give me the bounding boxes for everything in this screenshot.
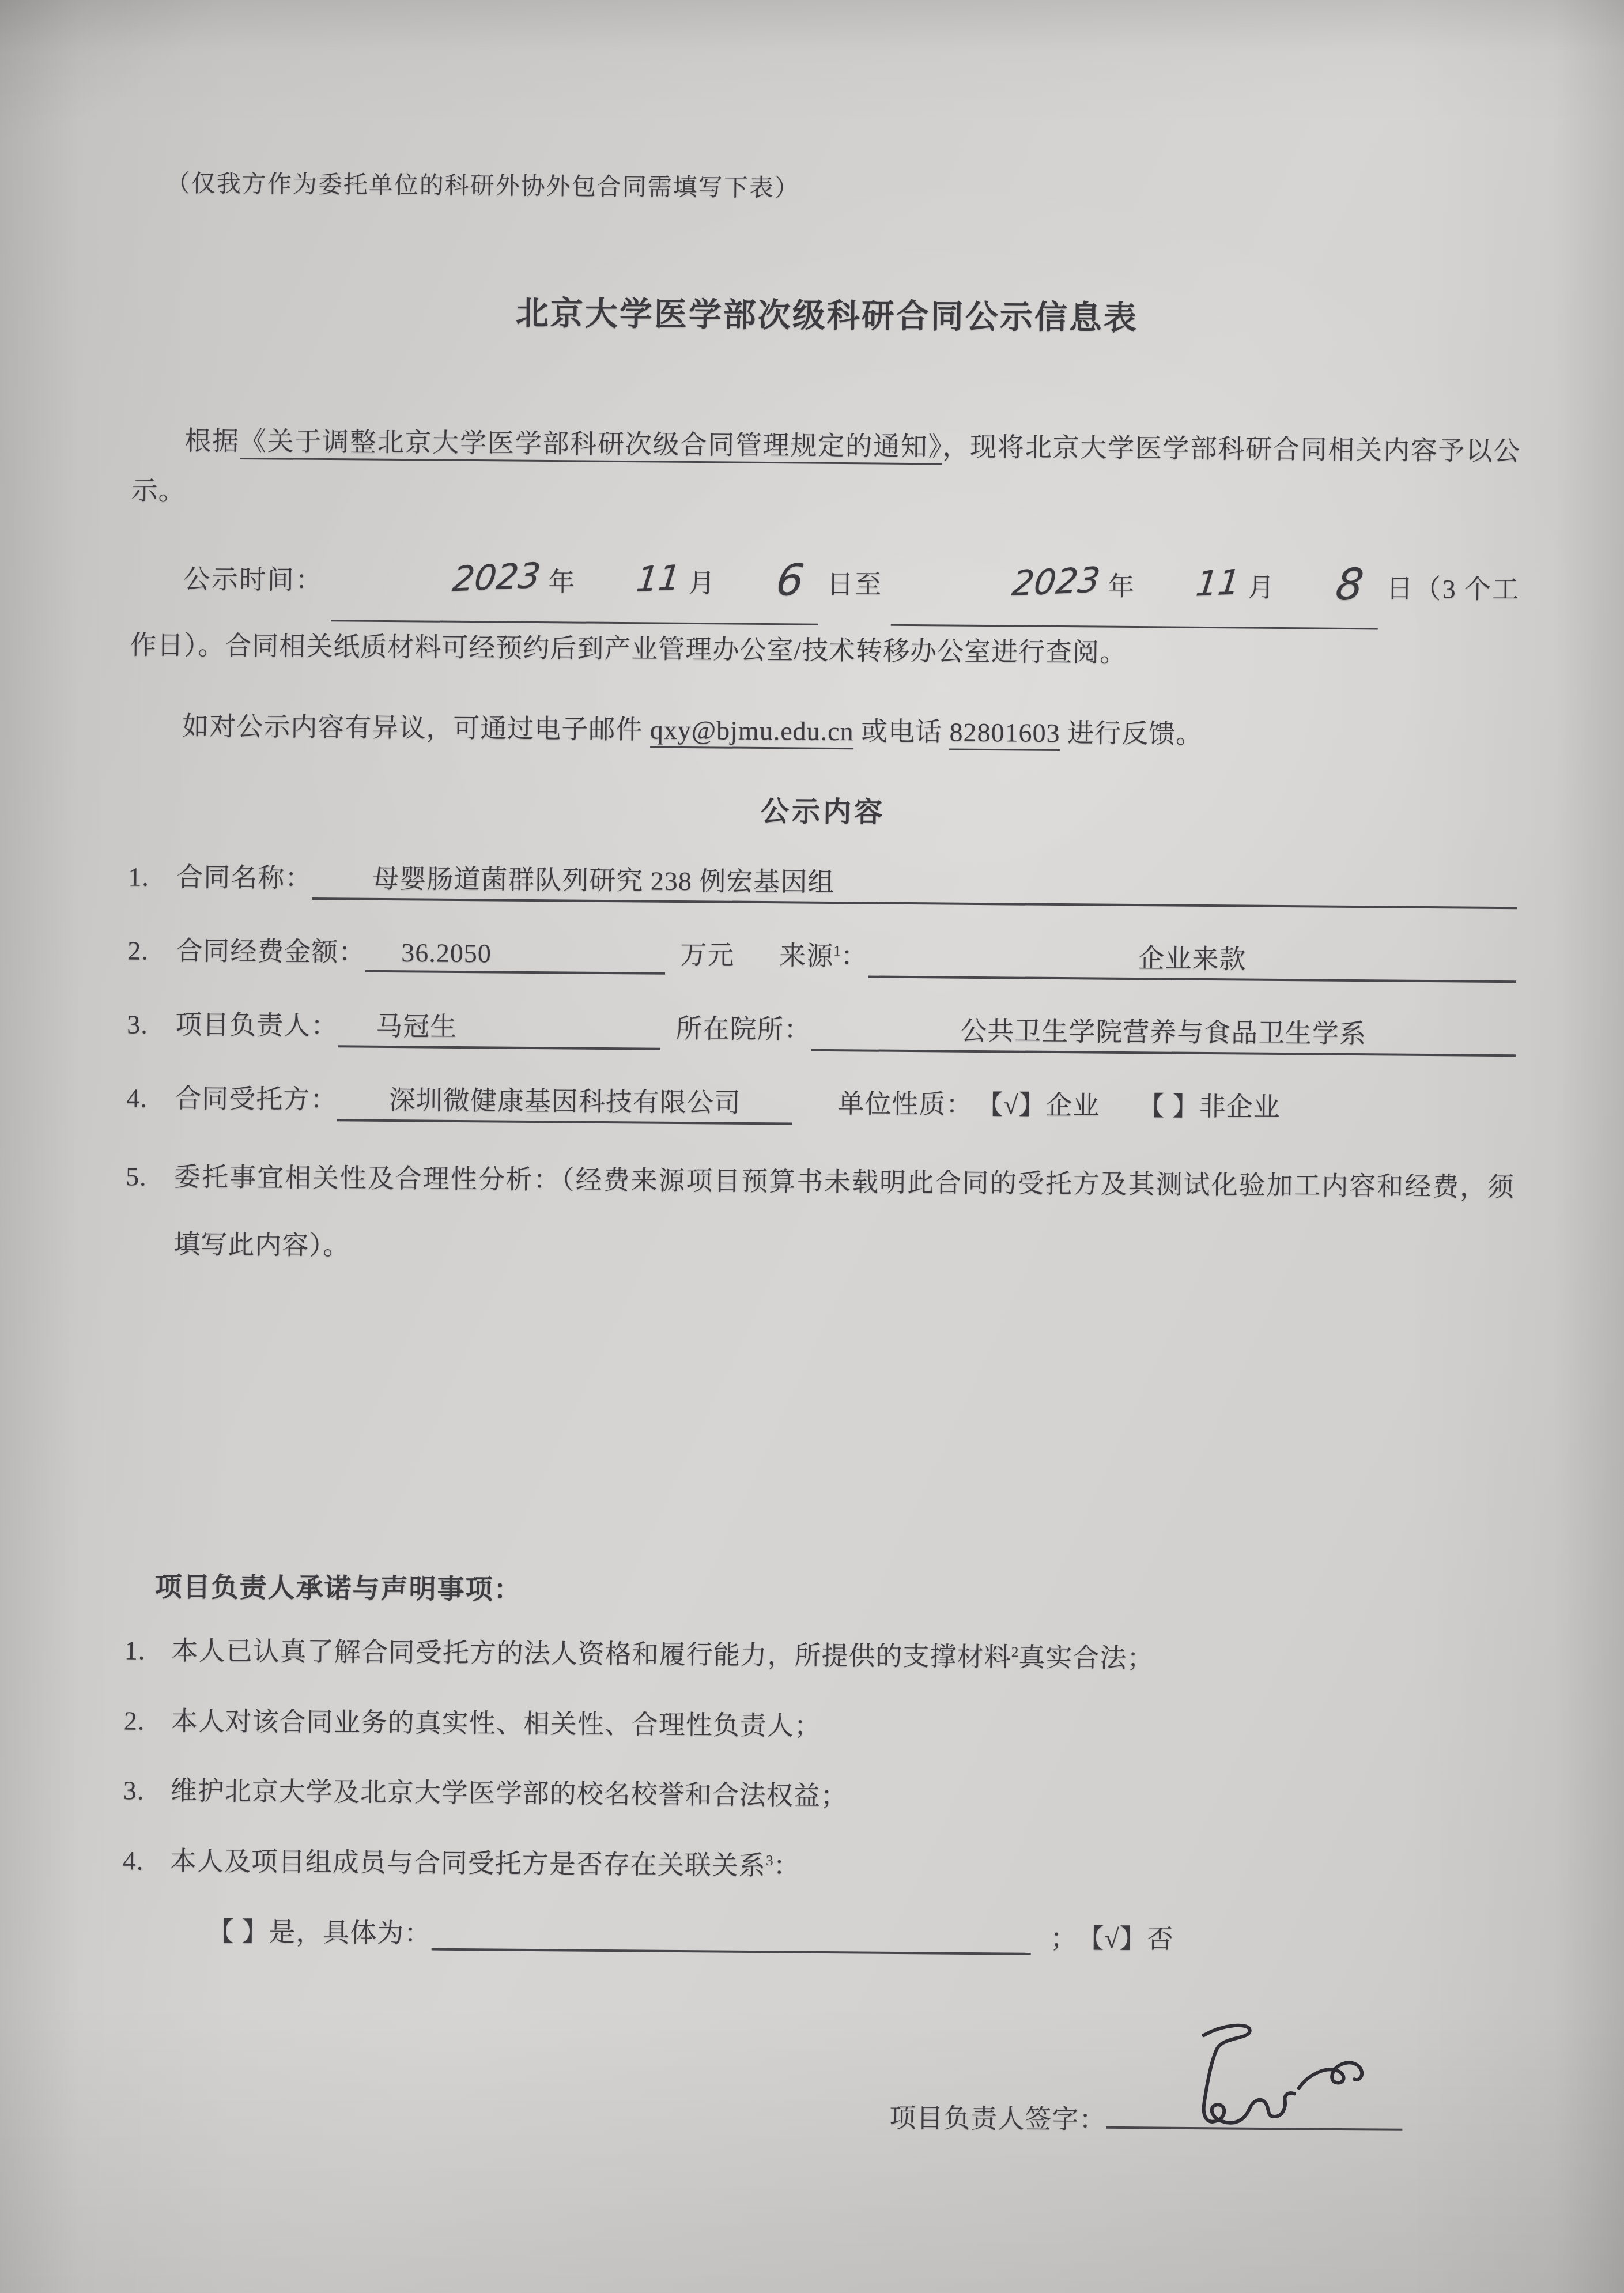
photographed-paper-document: （仅我方作为委托单位的科研外协外包合同需填写下表） 北京大学医学部次级科研合同公…: [0, 0, 1624, 2293]
trustee-row: 4. 合同受托方： 深圳微健康基因科技有限公司 单位性质： 【√】企业 【 】非…: [126, 1077, 1516, 1131]
checkbox-check-mark: 【√】: [976, 1090, 1046, 1120]
signature-field: [1106, 2123, 1402, 2131]
intro-lead: 根据: [184, 426, 240, 456]
declaration-item-4-text: 本人及项目组成员与合同受托方是否存在关联关系3：: [170, 1838, 800, 1890]
period-mid-label: 日至: [827, 570, 883, 599]
declaration-item-1-text: 本人已认真了解合同受托方的法人资格和履行能力，所提供的支撑材料2真实合法；: [171, 1627, 1154, 1682]
top-note: （仅我方作为委托单位的科研外协外包合同需填写下表）: [166, 164, 1523, 209]
month-unit-label: 月: [688, 568, 715, 598]
row-number: 1.: [122, 1627, 172, 1675]
footnote-ref-2: 2: [1011, 1644, 1019, 1660]
trustee-label: 合同受托方：: [175, 1077, 338, 1117]
project-leader-row: 3. 项目负责人： 马冠生 所在院所： 公共卫生学院营养与食品卫生学系: [127, 1004, 1516, 1057]
signature-line: 项目负责人签字：: [118, 2091, 1402, 2139]
declaration-item-2: 2. 本人对该合同业务的真实性、相关性、合理性负责人；: [121, 1697, 1510, 1755]
enterprise-option-label: 企业: [1045, 1091, 1100, 1121]
entity-nature-label: 单位性质：: [837, 1083, 973, 1122]
relation-answer-line: 【 】 是，具体为： ； 【√】 否: [207, 1911, 1509, 1959]
period-end-year-handwritten: 2023: [955, 548, 1104, 620]
footnote-ref-3: 3: [766, 1853, 773, 1869]
declaration-item-1: 1. 本人已认真了解合同受托方的法人资格和履行能力，所提供的支撑材料2真实合法；: [122, 1627, 1511, 1685]
contract-amount-label: 合同经费金额：: [176, 930, 366, 970]
project-leader-field: 马冠生: [338, 1005, 661, 1050]
checkbox-empty: 【 】: [1138, 1091, 1199, 1121]
period-start-month-handwritten: 11: [580, 545, 684, 616]
row-number: 4.: [120, 1838, 171, 1885]
period-start-year-handwritten: 2023: [396, 543, 544, 615]
feedback-mid: 或电话: [853, 716, 949, 746]
checkbox-enterprise-checked: 【√】企业: [976, 1084, 1100, 1123]
feedback-tail: 进行反馈。: [1060, 718, 1203, 749]
footnote-ref-1: 1: [833, 943, 841, 959]
no-option-label: 否: [1146, 1918, 1174, 1956]
contract-amount-field: 36.2050: [365, 937, 665, 975]
declaration-item-4: 4. 本人及项目组成员与合同受托方是否存在关联关系3：: [120, 1838, 1510, 1896]
analysis-text: 委托事宜相关性及合理性分析：（经费来源项目预算书未载明此合同的受托方及其测试化验…: [173, 1143, 1515, 1289]
feedback-email: qxy@bjmu.edu.cn: [650, 715, 854, 749]
feedback-paragraph: 如对公示内容有异议，可通过电子邮件 qxy@bjmu.edu.cn 或电话 82…: [129, 700, 1519, 761]
project-leader-label: 项目负责人：: [175, 1004, 338, 1043]
funding-source-field: 企业来款: [868, 936, 1517, 983]
declaration-heading: 项目负责人承诺与声明事项：: [154, 1566, 1511, 1615]
row-number: 3.: [121, 1767, 171, 1815]
department-label: 所在院所：: [675, 1008, 811, 1047]
analysis-row: 5. 委托事宜相关性及合理性分析：（经费来源项目预算书未载明此合同的受托方及其测…: [125, 1143, 1515, 1289]
public-content-list: 1. 合同名称： 母婴肠道菌群队列研究 238 例宏基因组 2. 合同经费金额：…: [125, 856, 1517, 1289]
row-number: 3.: [127, 1009, 175, 1040]
trustee-field: 深圳微健康基因科技有限公司: [337, 1078, 793, 1125]
yes-option-label: 是，具体为：: [269, 1911, 432, 1951]
period-end-field: 2023年11月8: [890, 542, 1378, 630]
contract-name-row: 1. 合同名称： 母婴肠道菌群队列研究 238 例宏基因组: [128, 856, 1517, 910]
row-number: 1.: [128, 862, 176, 893]
handwritten-signature: [1140, 2013, 1384, 2136]
period-start-field: 2023年11月6: [331, 537, 819, 625]
relation-detail-blank-field: [431, 1913, 1030, 1955]
row-number: 4.: [126, 1083, 175, 1114]
checkbox-non-enterprise-unchecked: 【 】非企业: [1138, 1085, 1281, 1124]
period-start-day-handwritten: 6: [719, 538, 808, 624]
row-number: 5.: [126, 1143, 175, 1211]
checkbox-no-checked: 【√】: [1077, 1918, 1147, 1956]
declaration-item-3: 3. 维护北京大学及北京大学医学部的校名校誉和合法权益；: [121, 1767, 1510, 1826]
page-title: 北京大学医学部次级科研合同公示信息表: [133, 284, 1522, 342]
year-unit-label: 年: [548, 567, 575, 597]
section-heading-public-content: 公示内容: [129, 785, 1517, 836]
contract-amount-row: 2. 合同经费金额： 36.2050 万元 来源1： 企业来款: [127, 930, 1517, 983]
department-field: 公共卫生学院营养与食品卫生学系: [811, 1009, 1516, 1057]
contract-name-label: 合同名称：: [176, 856, 312, 895]
publicity-period-paragraph: 公示时间： 2023年11月6 日至 2023年11月8 日（3 个工作日）。合…: [130, 535, 1520, 681]
period-end-month-handwritten: 11: [1139, 550, 1244, 620]
period-label: 公示时间：: [183, 564, 323, 595]
signature-label: 项目负责人签字：: [889, 2097, 1106, 2137]
declaration-item-3-text: 维护北京大学及北京大学医学部的校名校誉和合法权益；: [171, 1768, 848, 1820]
separator-semicolon: ；: [1050, 1917, 1078, 1955]
amount-unit-label: 万元: [680, 934, 735, 972]
funding-source-label: 来源1：: [779, 934, 868, 973]
non-enterprise-option-label: 非企业: [1199, 1092, 1281, 1122]
declaration-section: 项目负责人承诺与声明事项： 1. 本人已认真了解合同受托方的法人资格和履行能力，…: [118, 1565, 1512, 2140]
notice-title-underlined: 《关于调整北京大学医学部科研次级合同管理规定的通知》: [240, 427, 943, 465]
checkbox-yes-unchecked: 【 】: [207, 1911, 269, 1949]
document-page: （仅我方作为委托单位的科研外协外包合同需填写下表） 北京大学医学部次级科研合同公…: [118, 164, 1523, 2140]
row-number: 2.: [121, 1697, 171, 1745]
feedback-lead: 如对公示内容有异议，可通过电子邮件: [182, 711, 650, 744]
contract-name-field: 母婴肠道菌群队列研究 238 例宏基因组: [312, 857, 1517, 909]
intro-paragraph: 根据《关于调整北京大学医学部科研次级合同管理规定的通知》，现将北京大学医学部科研…: [131, 415, 1520, 527]
declaration-item-2-text: 本人对该合同业务的真实性、相关性、合理性负责人；: [171, 1698, 821, 1750]
row-number: 2.: [127, 936, 176, 967]
year-unit-label: 年: [1108, 572, 1135, 601]
month-unit-label: 月: [1248, 572, 1275, 602]
feedback-phone: 82801603: [949, 717, 1060, 751]
period-end-day-handwritten: 8: [1278, 543, 1368, 629]
